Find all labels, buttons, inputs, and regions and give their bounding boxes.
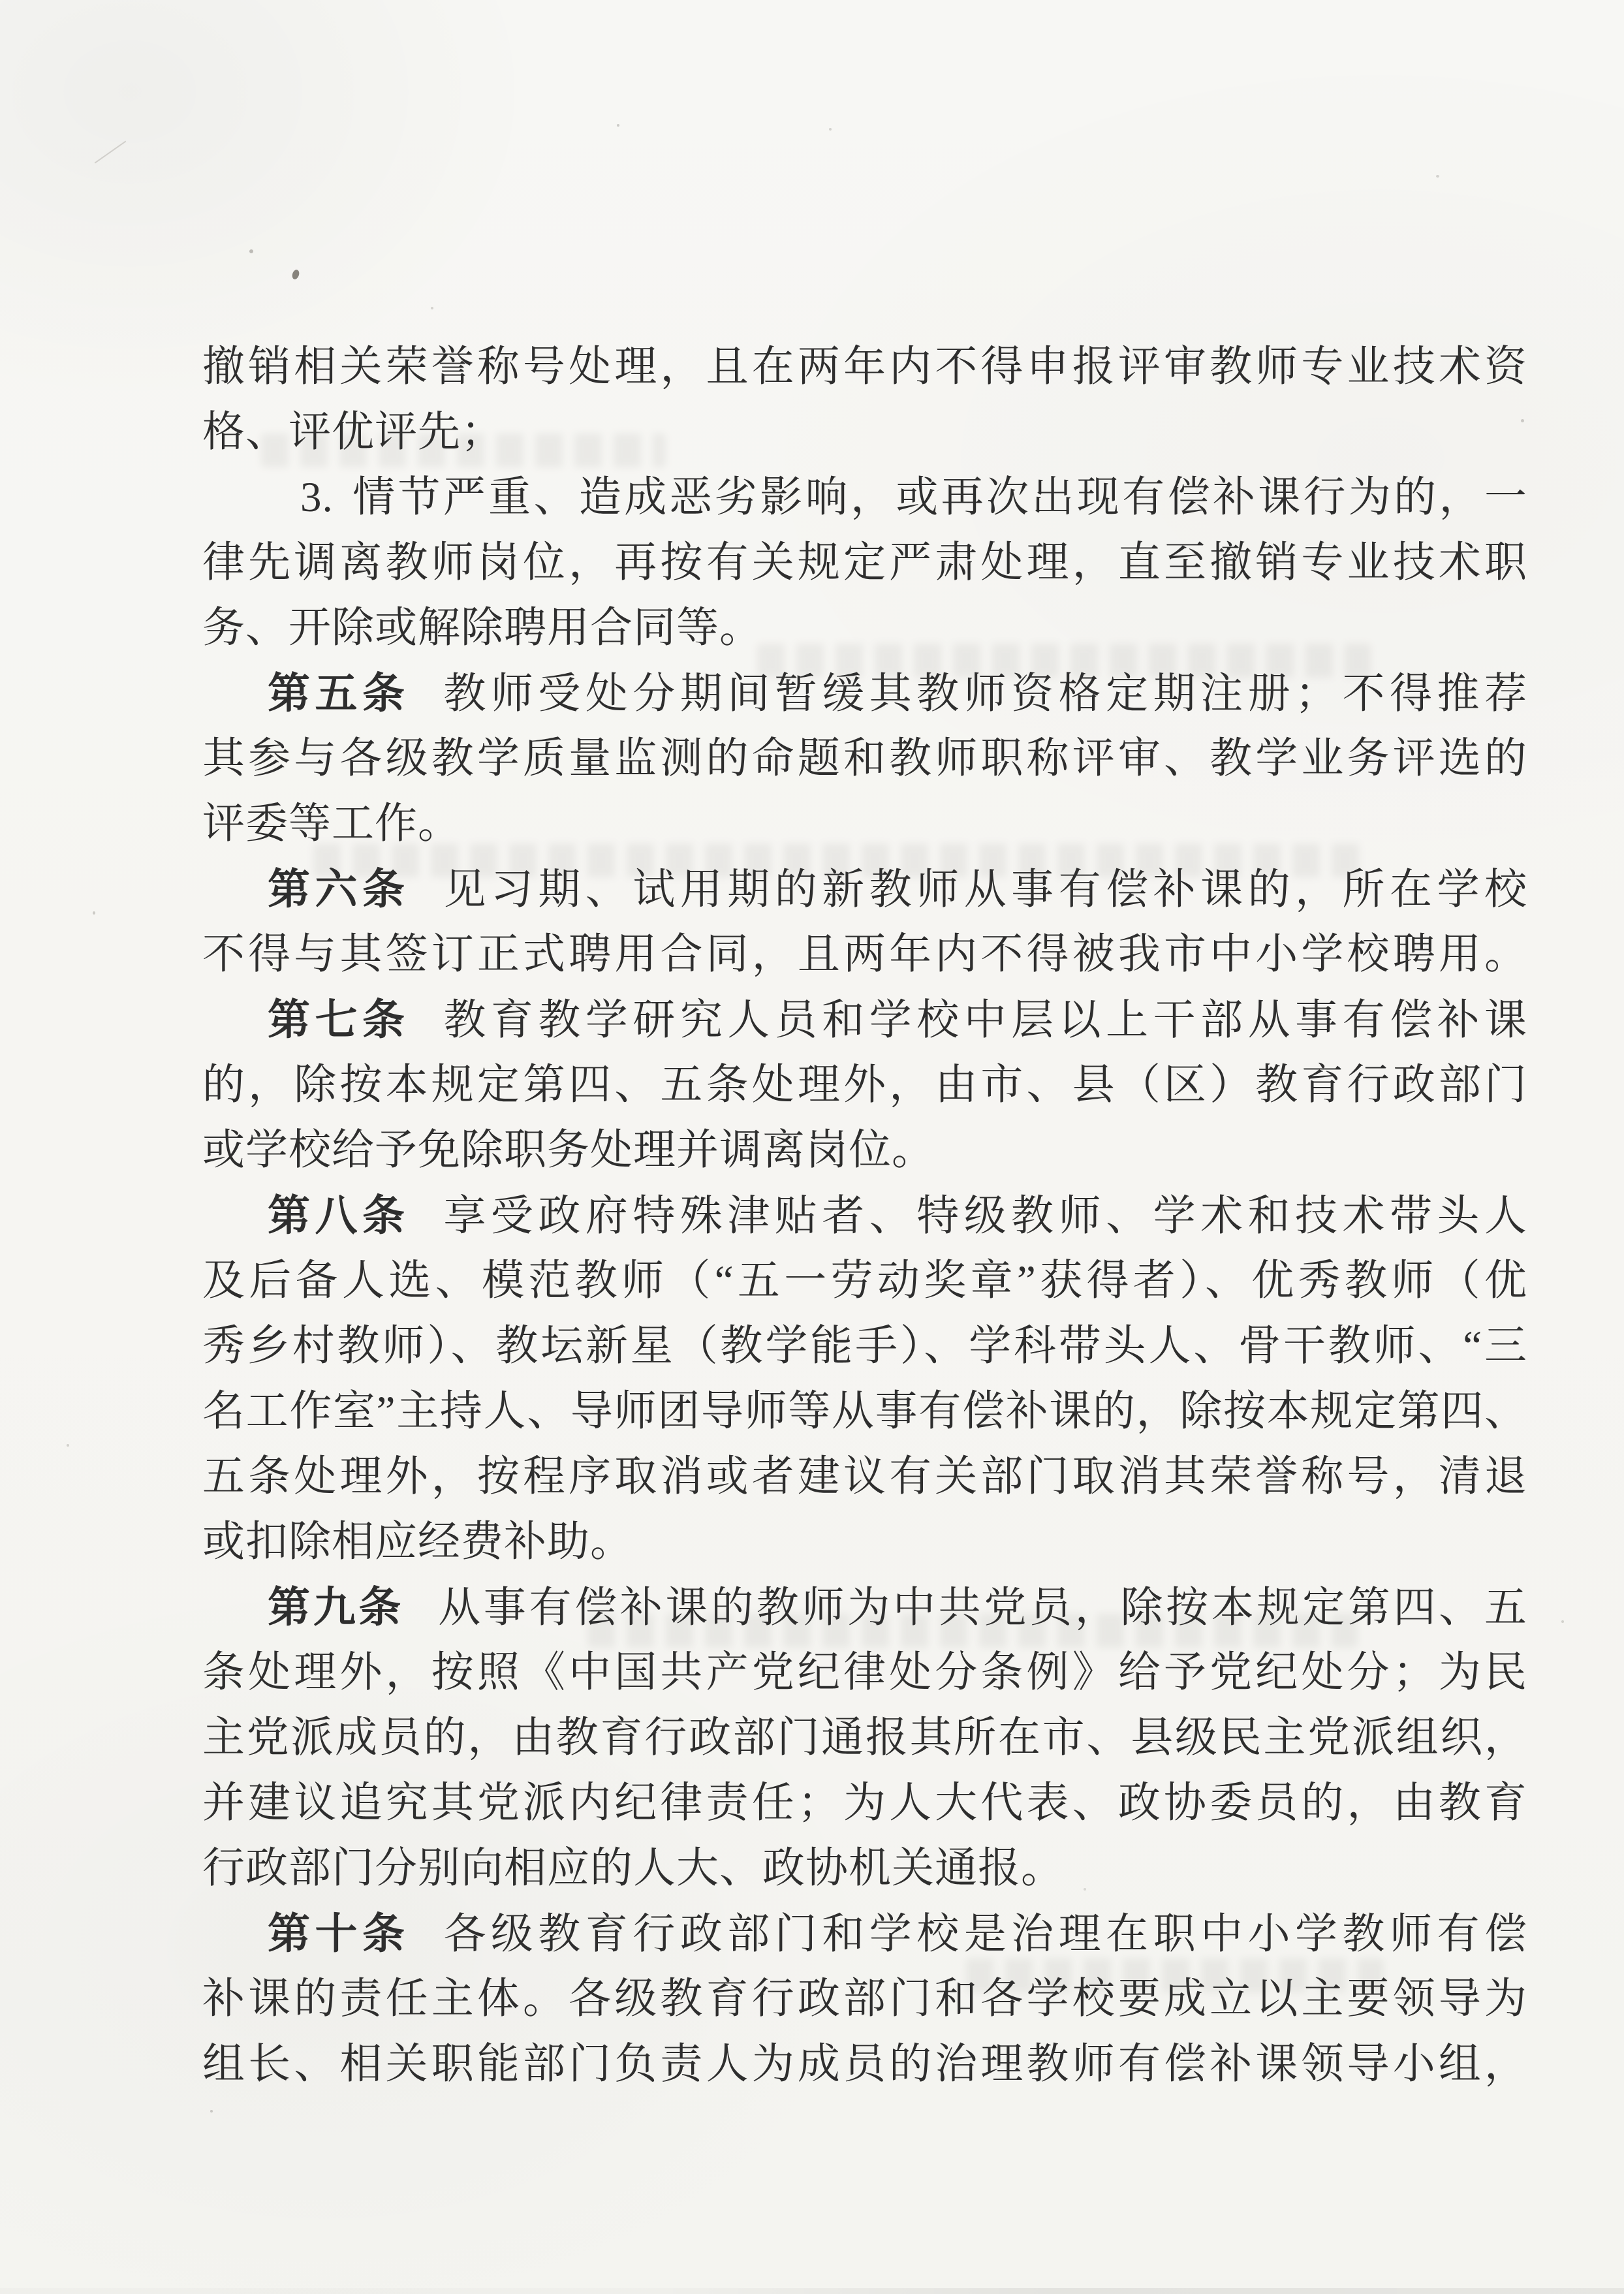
line-text: 教育教学研究人员和学校中层以上干部从事有偿补课 xyxy=(443,997,1527,1044)
document-line: 及后备人选、模范教师（“五一劳动奖章”获得者）、优秀教师（优 xyxy=(202,1248,1527,1313)
line-text: 从事有偿补课的教师为中共党员，除按本规定第四、五 xyxy=(438,1584,1527,1631)
list-number: 3. xyxy=(300,474,351,521)
scan-speck xyxy=(1561,1620,1564,1623)
scan-bottom-edge xyxy=(0,2288,1624,2294)
document-line: 并建议追究其党派内纪律责任；为人大代表、政协委员的，由教育 xyxy=(202,1770,1527,1836)
document-line: 不得与其签订正式聘用合同，且两年内不得被我市中小学校聘用。 xyxy=(202,922,1527,987)
article-number: 第八条 xyxy=(268,1191,443,1239)
document-line: 行政部门分别向相应的人大、政协机关通报。 xyxy=(202,1836,1527,1901)
scan-speck xyxy=(291,269,300,280)
document-line: 条处理外，按照《中国共产党纪律处分条例》给予党纪处分；为民 xyxy=(202,1640,1527,1705)
document-line: 或扣除相应经费补助。 xyxy=(202,1509,1527,1575)
line-text: 行政部门分别向相应的人大、政协机关通报。 xyxy=(202,1845,1064,1892)
article-number: 第六条 xyxy=(268,865,443,913)
article-number: 第五条 xyxy=(268,669,443,717)
line-text: 名工作室”主持人、导师团导师等从事有偿补课的，除按本规定第四、 xyxy=(202,1388,1527,1435)
article-number: 第七条 xyxy=(268,996,443,1043)
line-text: 或学校给予免除职务处理并调离岗位。 xyxy=(202,1127,935,1174)
document-line: 律先调离教师岗位，再按有关规定严肃处理，直至撤销专业技术职 xyxy=(202,530,1527,595)
scan-speck xyxy=(617,124,619,127)
article-number: 第十条 xyxy=(268,1909,443,1957)
document-line: 补课的责任主体。各级教育行政部门和各学校要成立以主要领导为 xyxy=(202,1966,1527,2032)
document-line: 第七条教育教学研究人员和学校中层以上干部从事有偿补课 xyxy=(202,987,1527,1052)
document-text: 撤销相关荣誉称号处理，且在两年内不得申报评审教师专业技术资格、评优评先；3.情节… xyxy=(202,334,1527,2097)
document-line: 评委等工作。 xyxy=(202,791,1527,856)
line-text: 主党派成员的，由教育行政部门通报其所在市、县级民主党派组织， xyxy=(202,1714,1527,1761)
document-line: 第六条见习期、试用期的新教师从事有偿补课的，所在学校 xyxy=(202,856,1527,922)
document-line: 第五条教师受处分期间暂缓其教师资格定期注册；不得推荐 xyxy=(202,661,1527,726)
scan-speck xyxy=(249,249,253,253)
line-text: 律先调离教师岗位，再按有关规定严肃处理，直至撤销专业技术职 xyxy=(202,539,1527,586)
scan-speck xyxy=(431,307,433,309)
document-line: 五条处理外，按程序取消或者建议有关部门取消其荣誉称号，清退 xyxy=(202,1444,1527,1509)
document-line: 或学校给予免除职务处理并调离岗位。 xyxy=(202,1118,1527,1183)
line-text: 不得与其签订正式聘用合同，且两年内不得被我市中小学校聘用。 xyxy=(202,931,1527,978)
line-text: 组长、相关职能部门负责人为成员的治理教师有偿补课领导小组， xyxy=(202,2041,1527,2088)
document-line: 格、评优评先； xyxy=(202,400,1527,465)
line-text: 情节严重、造成恶劣影响，或再次出现有偿补课行为的，一 xyxy=(351,474,1527,521)
line-text: 享受政府特殊津贴者、特级教师、学术和技术带头人 xyxy=(443,1193,1527,1240)
scanned-page: 撤销相关荣誉称号处理，且在两年内不得申报评审教师专业技术资格、评优评先；3.情节… xyxy=(0,0,1624,2294)
article-number: 第九条 xyxy=(268,1583,438,1631)
line-text: 五条处理外，按程序取消或者建议有关部门取消其荣誉称号，清退 xyxy=(202,1453,1527,1500)
document-line: 主党派成员的，由教育行政部门通报其所在市、县级民主党派组织， xyxy=(202,1705,1527,1770)
document-line: 秀乡村教师）、教坛新星（教学能手）、学科带头人、骨干教师、“三 xyxy=(202,1313,1527,1379)
line-text: 并建议追究其党派内纪律责任；为人大代表、政协委员的，由教育 xyxy=(202,1780,1527,1827)
line-text: 条处理外，按照《中国共产党纪律处分条例》给予党纪处分；为民 xyxy=(202,1649,1527,1696)
line-text: 其参与各级教学质量监测的命题和教师职称评审、教学业务评选的 xyxy=(202,735,1527,782)
document-line: 其参与各级教学质量监测的命题和教师职称评审、教学业务评选的 xyxy=(202,726,1527,791)
line-text: 及后备人选、模范教师（“五一劳动奖章”获得者）、优秀教师（优 xyxy=(202,1257,1527,1304)
line-text: 撤销相关荣誉称号处理，且在两年内不得申报评审教师专业技术资 xyxy=(202,343,1527,390)
line-text: 务、开除或解除聘用合同等。 xyxy=(202,605,762,652)
line-text: 见习期、试用期的新教师从事有偿补课的，所在学校 xyxy=(443,866,1527,913)
line-text: 或扣除相应经费补助。 xyxy=(202,1518,633,1565)
document-line: 第十条各级教育行政部门和学校是治理在职中小学教师有偿 xyxy=(202,1901,1527,1966)
line-text: 补课的责任主体。各级教育行政部门和各学校要成立以主要领导为 xyxy=(202,1975,1527,2022)
line-text: 的，除按本规定第四、五条处理外，由市、县（区）教育行政部门 xyxy=(202,1061,1527,1108)
scan-speck xyxy=(829,128,832,131)
document-line: 撤销相关荣誉称号处理，且在两年内不得申报评审教师专业技术资 xyxy=(202,334,1527,400)
document-line: 务、开除或解除聘用合同等。 xyxy=(202,595,1527,661)
document-line: 名工作室”主持人、导师团导师等从事有偿补课的，除按本规定第四、 xyxy=(202,1379,1527,1444)
line-text: 评委等工作。 xyxy=(202,800,461,847)
scan-speck xyxy=(1436,175,1439,178)
document-line: 的，除按本规定第四、五条处理外，由市、县（区）教育行政部门 xyxy=(202,1052,1527,1118)
document-line: 第九条从事有偿补课的教师为中共党员，除按本规定第四、五 xyxy=(202,1575,1527,1640)
document-line: 3.情节严重、造成恶劣影响，或再次出现有偿补课行为的，一 xyxy=(202,465,1527,530)
scan-speck xyxy=(67,1444,69,1447)
line-text: 教师受处分期间暂缓其教师资格定期注册；不得推荐 xyxy=(443,670,1527,717)
scan-scratch xyxy=(95,141,127,164)
scan-speck xyxy=(210,2110,213,2113)
scan-speck xyxy=(93,911,95,915)
line-text: 各级教育行政部门和学校是治理在职中小学教师有偿 xyxy=(443,1911,1527,1958)
line-text: 秀乡村教师）、教坛新星（教学能手）、学科带头人、骨干教师、“三 xyxy=(202,1323,1527,1370)
line-text: 格、评优评先； xyxy=(202,409,504,456)
document-line: 第八条享受政府特殊津贴者、特级教师、学术和技术带头人 xyxy=(202,1183,1527,1248)
document-line: 组长、相关职能部门负责人为成员的治理教师有偿补课领导小组， xyxy=(202,2032,1527,2097)
